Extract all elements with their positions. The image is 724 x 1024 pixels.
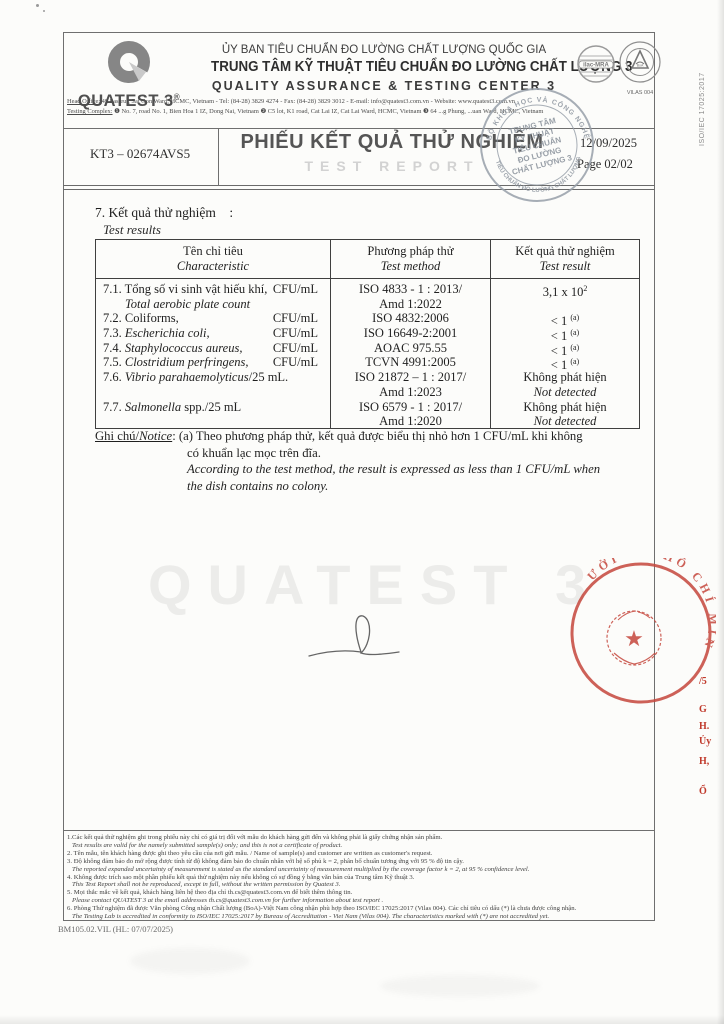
margin-mark: G <box>699 704 711 716</box>
margin-mark: H. <box>699 721 711 733</box>
footer-note: 3. Độ không đảm bảo đo mở rộng được tính… <box>67 858 649 866</box>
footer-note: 6. Phòng Thử nghiệm đã được Văn phòng Cô… <box>67 905 649 913</box>
margin-mark: Ổ <box>699 786 711 798</box>
org-parent-name: ỦY BAN TIÊU CHUẨN ĐO LƯỜNG CHẤT LƯỢNG QU… <box>196 44 572 56</box>
method-line: ISO 4833 - 1 : 2013/ <box>331 282 490 297</box>
footer-note: 4. Không được trích sao một phần phiếu k… <box>67 874 649 882</box>
footer-notes: 1.Các kết quả thử nghiệm ghi trong phiếu… <box>67 834 649 921</box>
method-line: ISO 6579 - 1 : 2017/ <box>331 400 490 415</box>
row-name: 7.1. Tổng số vi sinh vật hiếu khí,CFU/mL <box>103 282 330 297</box>
vilas-label: VILAS 004 <box>617 90 663 96</box>
signature-mark <box>303 610 423 670</box>
method-line: ISO 16649-2:2001 <box>331 326 490 341</box>
boa-accreditation-logo: BoA VILAS 004 <box>617 40 663 96</box>
row-name: 7.5. Clostridium perfringens,CFU/mL <box>103 355 330 370</box>
scan-edge-right <box>717 0 724 1024</box>
quatest-watermark: QUATEST 3 <box>148 552 602 617</box>
test-report-page: QUATEST 3® ỦY BAN TIÊU CHUẨN ĐO LƯỜNG CH… <box>0 0 724 1024</box>
ilac-mra-icon: ilac-MRA <box>576 44 616 84</box>
result-line: Không phát hiện <box>491 370 639 385</box>
svg-text:BoA: BoA <box>637 64 644 68</box>
row-name: 7.6. Vibrio parahaemolyticus/25 mL. <box>103 370 330 385</box>
scan-blotch <box>130 948 250 974</box>
row-name-sub: Total aerobic plate count <box>103 297 330 312</box>
header-test-result: Kết quả thử nghiệm Test result <box>491 240 639 278</box>
method-line: Amd 1:2022 <box>331 297 490 312</box>
row-name-spacer <box>103 385 330 400</box>
footer-note-en: The Testing Lab is accredited in conform… <box>67 913 649 921</box>
header-test-method: Phương pháp thử Test method <box>331 240 491 278</box>
result-line: < 1 (a) <box>491 326 639 341</box>
method-line: TCVN 4991:2005 <box>331 355 490 370</box>
margin-mark: /5 <box>699 676 711 688</box>
svg-text:ilac-MRA: ilac-MRA <box>583 63 609 69</box>
row-name: 7.7. Salmonella spp./25 mL <box>103 400 330 415</box>
report-number: KT3 – 02674AVS5 <box>90 146 190 162</box>
row-name-spacer <box>103 414 330 429</box>
method-line: ISO 4832:2006 <box>331 311 490 326</box>
result-line: < 1 (a) <box>491 311 639 326</box>
footer-note: 1.Các kết quả thử nghiệm ghi trong phiếu… <box>67 834 649 842</box>
method-line: Amd 1:2023 <box>331 385 490 400</box>
form-code: BM105.02.VIL (HL: 07/07/2025) <box>58 924 173 934</box>
method-line: AOAC 975.55 <box>331 341 490 356</box>
margin-red-marks: /5 G H. Ủy H, Ổ <box>699 676 711 798</box>
section-7-heading: 7. Kết quả thử nghiệm : <box>95 205 233 221</box>
result-line-en: Not detected <box>491 414 639 429</box>
results-table-body: 7.1. Tổng số vi sinh vật hiếu khí,CFU/mL… <box>96 279 639 428</box>
result-line: 3,1 x 102 <box>491 282 639 297</box>
method-line: ISO 21872 – 1 : 2017/ <box>331 370 490 385</box>
footer-note: 2. Tên mẫu, tên khách hàng được ghi theo… <box>67 850 649 858</box>
iso-17025-vertical-label: ISO/IEC 17025:2017 <box>699 36 706 146</box>
red-official-stamp: ƯỞI T.P HỒ CHÍ MINH ★ <box>566 558 716 708</box>
footer-divider <box>63 830 655 831</box>
org-name-block: ỦY BAN TIÊU CHUẨN ĐO LƯỜNG CHẤT LƯỢNG QU… <box>196 44 572 93</box>
footer-note-en: Test results are valid for the namely su… <box>67 842 649 850</box>
result-line: Không phát hiện <box>491 400 639 415</box>
row-name: 7.4. Staphylococcus aureus,CFU/mL <box>103 341 330 356</box>
footer-note-en: Please contact QUATEST 3 at the email ad… <box>67 897 649 905</box>
results-table: Tên chỉ tiêu Characteristic Phương pháp … <box>95 239 640 429</box>
result-line-en: Not detected <box>491 385 639 400</box>
quatest-logo-icon <box>106 40 152 86</box>
column-test-result: 3,1 x 102 < 1 (a) < 1 (a) < 1 (a) < 1 (a… <box>491 279 639 428</box>
scan-speck <box>43 10 45 12</box>
result-line-spacer <box>491 297 639 312</box>
scan-speck <box>36 4 39 7</box>
results-table-header: Tên chỉ tiêu Characteristic Phương pháp … <box>96 240 639 279</box>
footer-note-en: This Test Report shall not be reproduced… <box>67 881 649 889</box>
footer-note: 5. Mọi thắc mắc về kết quả, khách hàng l… <box>67 889 649 897</box>
margin-mark: H, <box>699 756 711 768</box>
row-name: 7.3. Escherichia coli,CFU/mL <box>103 326 330 341</box>
column-characteristic: 7.1. Tổng số vi sinh vật hiếu khí,CFU/mL… <box>96 279 331 428</box>
title-cell-divider <box>218 128 219 186</box>
column-test-method: ISO 4833 - 1 : 2013/ Amd 1:2022 ISO 4832… <box>331 279 491 428</box>
result-line: < 1 (a) <box>491 341 639 356</box>
section-7-subheading: Test results <box>103 222 161 238</box>
notice-vi: Ghi chú/Notice: (a) Theo phương pháp thử… <box>95 428 589 461</box>
svg-text:★: ★ <box>624 626 644 651</box>
scan-blotch <box>380 975 540 997</box>
header-characteristic: Tên chỉ tiêu Characteristic <box>96 240 331 278</box>
scan-edge-bottom <box>0 1015 724 1024</box>
result-line: < 1 (a) <box>491 355 639 370</box>
footer-note-en: The reported expanded uncertainty of mea… <box>67 866 649 874</box>
margin-mark: Ủy <box>699 736 711 748</box>
row-name: 7.2. Coliforms,CFU/mL <box>103 311 330 326</box>
notice-en: According to the test method, the result… <box>187 461 607 494</box>
boa-icon: BoA <box>618 40 662 84</box>
org-name-vi: TRUNG TÂM KỸ THUẬT TIÊU CHUẨN ĐO LƯỜNG C… <box>211 59 557 75</box>
method-line: Amd 1:2020 <box>331 414 490 429</box>
